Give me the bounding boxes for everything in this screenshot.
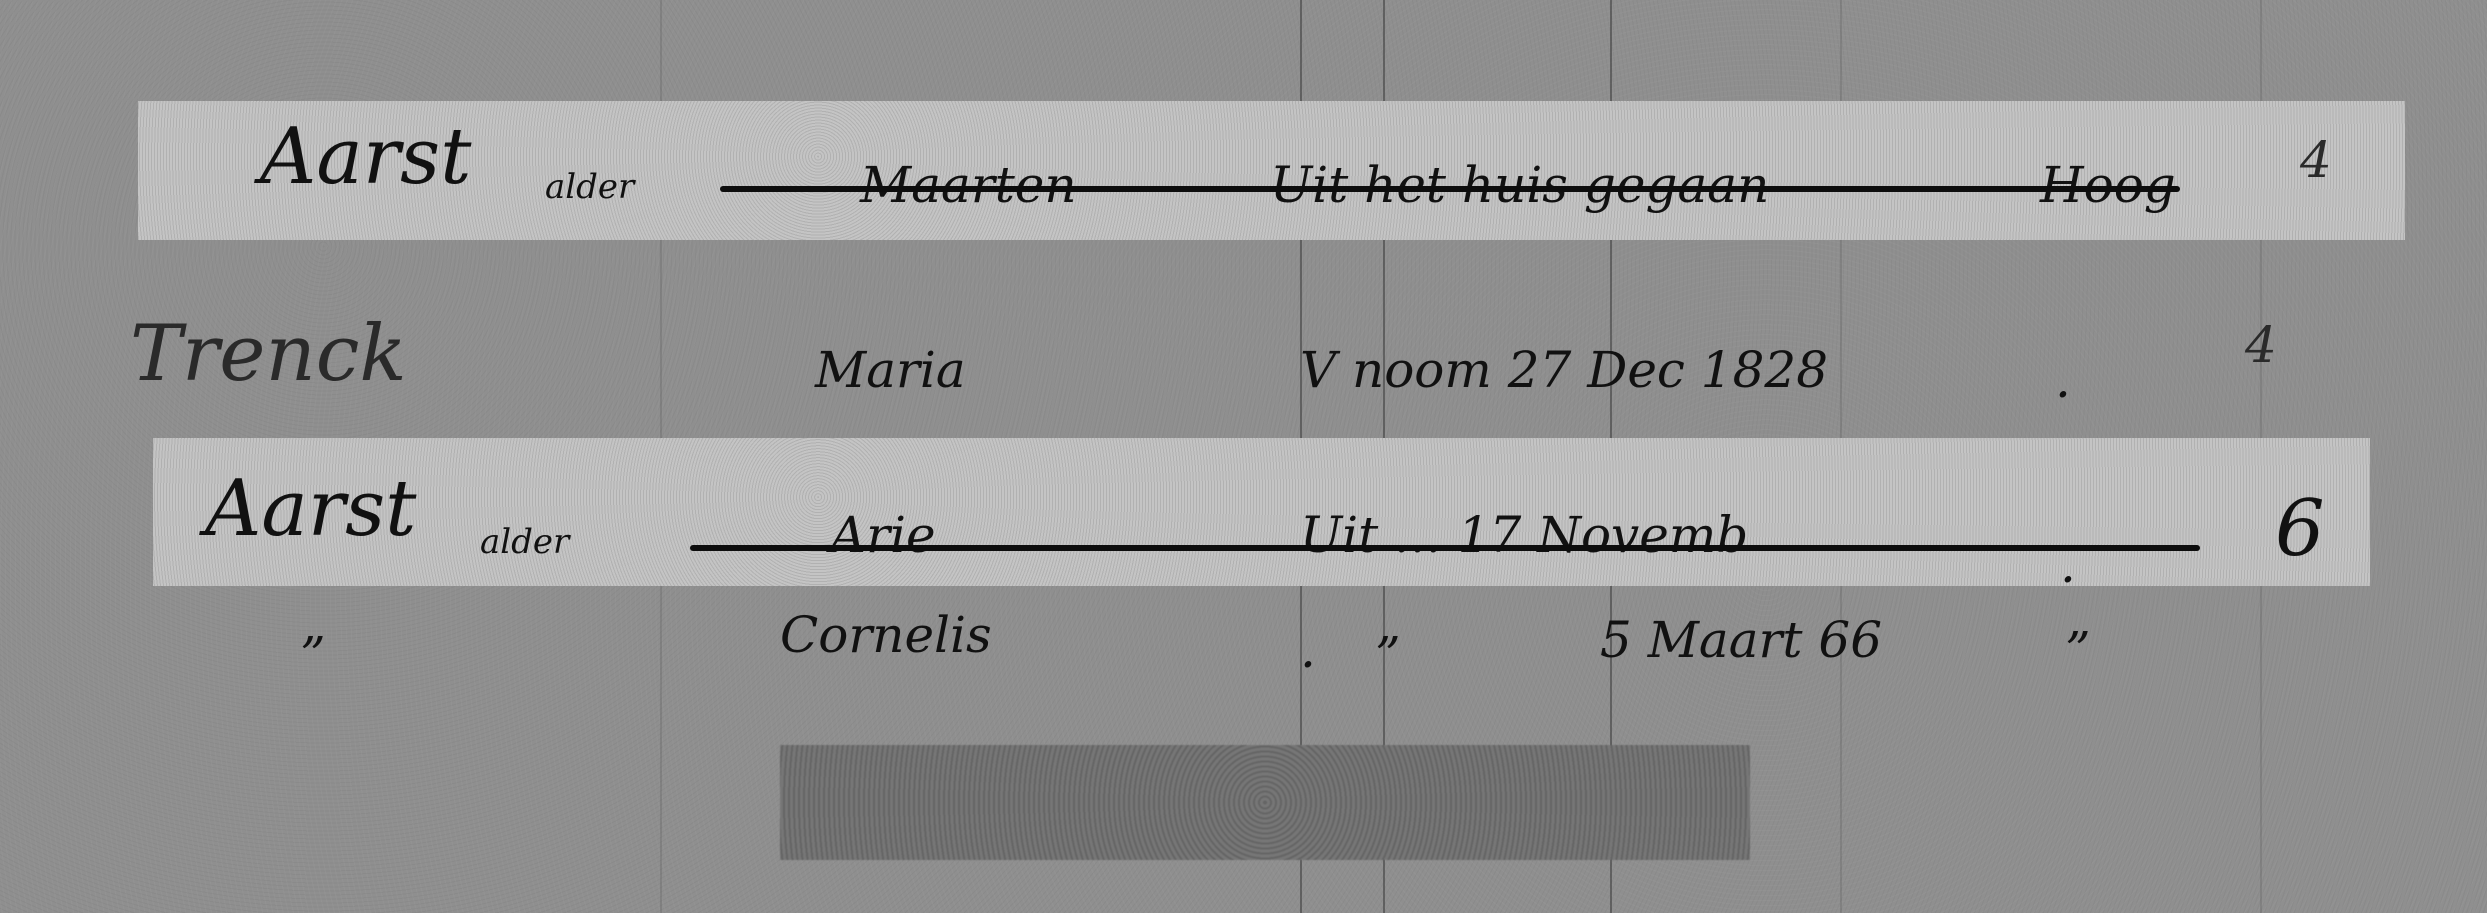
event-text: Uit ... 17 Novemb [1300, 510, 1748, 560]
event-text: 5 Maart 66 [1600, 615, 1882, 665]
row-number: 6 [2275, 490, 2325, 568]
event-text: Uit het huis gegaan [1270, 160, 1769, 210]
given-name: Cornelis [780, 610, 992, 660]
given-name: Arie [830, 510, 936, 560]
given-name: Maarten [860, 160, 1077, 210]
smudge-area [780, 745, 1750, 860]
row-number: 4 [2300, 135, 2332, 185]
strike-through-line [690, 545, 2200, 551]
ditto-mark: ” [2065, 625, 2091, 675]
qualifier: alder [545, 170, 634, 204]
given-name: Maria [815, 345, 966, 395]
scanned-register-page: Aarst alder Maarten Uit het huis gegaan … [0, 0, 2487, 913]
ditto-mark: . [1300, 625, 1316, 675]
surname: Aarst [205, 470, 417, 548]
ditto-mark: ” [1375, 630, 1401, 680]
trailing-text: Hoog [2040, 160, 2176, 210]
surname: Aarst [260, 118, 472, 196]
strike-through-line [720, 186, 2180, 192]
surname-ditto-mark: ” [300, 630, 326, 680]
qualifier: alder [480, 525, 569, 559]
surname: Trenck [130, 315, 407, 393]
row-number: 4 [2245, 320, 2277, 370]
marker: . [2060, 540, 2076, 590]
event-text: V noom 27 Dec 1828 [1300, 345, 1828, 395]
highlight-band-row-3 [153, 438, 2370, 586]
marker: . [2055, 355, 2071, 405]
